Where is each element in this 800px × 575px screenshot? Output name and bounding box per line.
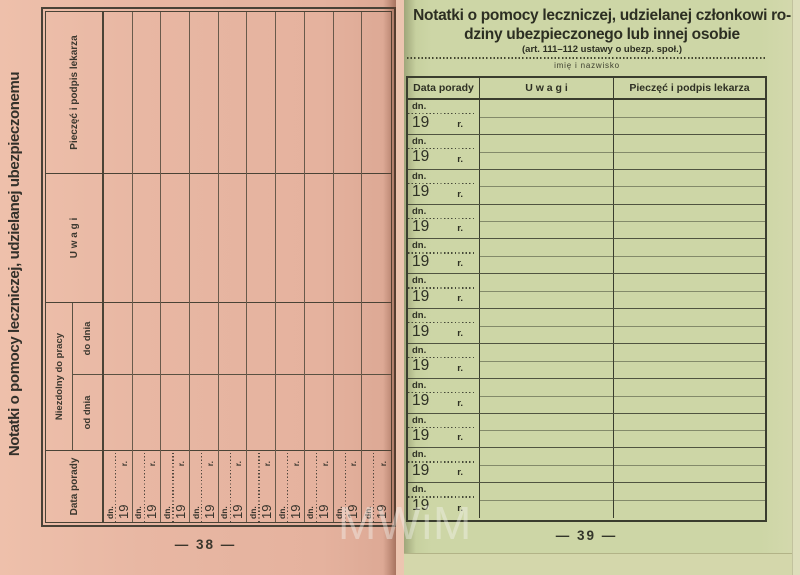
r-label: r. — [320, 461, 330, 466]
pieczec-cell — [276, 12, 304, 173]
table-row: dn. 19 r. — [408, 274, 765, 309]
left-table-header: Data porady Niezdolny do pracy od dnia d… — [46, 12, 104, 522]
table-row: dn. 19 r. — [133, 12, 162, 522]
date-cell: dn. 19 r. — [247, 450, 275, 522]
date-cell: dn. 19 r. — [408, 205, 480, 239]
od-dnia-cell — [334, 374, 362, 450]
r-label: r. — [262, 461, 272, 466]
left-page-title: Notatki o pomocy leczniczej, udzielanej … — [6, 8, 23, 520]
date-cell: dn. 19 r. — [408, 414, 480, 448]
right-table: Data porady U w a g i Pieczęć i podpis l… — [406, 76, 767, 522]
table-row: dn. 19 r. — [408, 414, 765, 449]
do-dnia-cell — [190, 302, 218, 374]
pieczec-cell — [305, 12, 333, 173]
year-label: 19 — [173, 505, 188, 519]
table-row: dn. 19 r. — [219, 12, 248, 522]
pieczec-cell — [247, 12, 275, 173]
table-row: dn. 19 r. — [408, 309, 765, 344]
date-cell: dn. 19 r. — [276, 450, 304, 522]
od-dnia-cell — [133, 374, 161, 450]
year-label: 19 — [412, 323, 429, 341]
year-label: 19 — [412, 357, 429, 375]
do-dnia-cell — [305, 302, 333, 374]
year-label: 19 — [144, 505, 159, 519]
year-label: 19 — [412, 462, 429, 480]
right-title-line3: (art. 111–112 ustawy o ubezp. społ.) — [404, 44, 800, 56]
od-dnia-cell — [247, 374, 275, 450]
pieczec-cell — [334, 12, 362, 173]
do-dnia-cell — [276, 302, 304, 374]
left-table-rows: dn. 19 r. dn. 19 r. dn. 19 r. — [104, 12, 391, 522]
uwagi-cell — [190, 173, 218, 302]
dn-label: dn. — [412, 275, 426, 286]
right-page: Notatki o pomocy leczniczej, udzielanej … — [404, 0, 800, 575]
dn-label: dn. — [412, 240, 426, 251]
dn-label: dn. — [412, 345, 426, 356]
table-row: dn. 19 r. — [408, 344, 765, 379]
name-field-label: imię i nazwisko — [407, 61, 767, 70]
date-cell: dn. 19 r. — [408, 379, 480, 413]
left-page: Notatki o pomocy leczniczej, udzielanej … — [0, 0, 402, 575]
left-table: Data porady Niezdolny do pracy od dnia d… — [45, 11, 392, 523]
r-label: r. — [457, 398, 463, 409]
year-label: 19 — [412, 288, 429, 306]
dn-label: dn. — [412, 484, 426, 495]
header-do-dnia: do dnia — [73, 303, 102, 374]
year-label: 19 — [230, 505, 245, 519]
right-title-line1: Notatki o pomocy leczniczej, udzielanej … — [404, 6, 800, 25]
dn-label: dn. — [412, 310, 426, 321]
uwagi-cell — [219, 173, 247, 302]
r-label: r. — [147, 461, 157, 466]
do-dnia-cell — [247, 302, 275, 374]
table-row: dn. 19 r. — [408, 239, 765, 274]
do-dnia-cell — [334, 302, 362, 374]
date-cell: dn. 19 r. — [334, 450, 362, 522]
date-cell: dn. 19 r. — [219, 450, 247, 522]
year-label: 19 — [412, 114, 429, 132]
date-cell: dn. 19 r. — [408, 309, 480, 343]
uwagi-cell — [247, 173, 275, 302]
header-niezdolny-do-pracy: Niezdolny do pracy — [46, 303, 73, 450]
table-row: dn. 19 r. — [247, 12, 276, 522]
left-rotated-content: Notatki o pomocy leczniczej, udzielanej … — [0, 0, 396, 575]
header-uwagi: U w a g i — [480, 78, 614, 98]
row-mid-line — [480, 152, 765, 153]
date-cell: dn. 19 r. — [161, 450, 189, 522]
year-label: 19 — [412, 427, 429, 445]
year-label: 19 — [412, 497, 429, 515]
od-dnia-cell — [305, 374, 333, 450]
row-mid-line — [480, 221, 765, 222]
uwagi-cell — [305, 173, 333, 302]
row-mid-line — [480, 500, 765, 501]
dn-label: dn. — [105, 506, 115, 519]
dn-label: dn. — [412, 449, 426, 460]
dn-label: dn. — [412, 171, 426, 182]
dn-label: dn. — [412, 101, 426, 112]
dn-label: dn. — [412, 136, 426, 147]
pieczec-cell — [190, 12, 218, 173]
year-label: 19 — [345, 505, 360, 519]
table-row: dn. 19 r. — [408, 170, 765, 205]
uwagi-cell — [161, 173, 189, 302]
r-label: r. — [457, 154, 463, 165]
r-label: r. — [291, 461, 301, 466]
scanned-booklet-spread: Notatki o pomocy leczniczej, udzielanej … — [0, 0, 800, 575]
dn-label: dn. — [248, 506, 258, 519]
od-dnia-cell — [219, 374, 247, 450]
r-label: r. — [205, 461, 215, 466]
date-cell: dn. 19 r. — [190, 450, 218, 522]
right-page-number: — 39 — — [544, 528, 629, 543]
dn-label: dn. — [363, 506, 373, 519]
table-row: dn. 19 r. — [190, 12, 219, 522]
year-label: 19 — [412, 183, 429, 201]
r-label: r. — [457, 363, 463, 374]
date-cell: dn. 19 r. — [133, 450, 161, 522]
row-mid-line — [480, 291, 765, 292]
row-mid-line — [480, 117, 765, 118]
table-row: dn. 19 r. — [408, 483, 765, 518]
year-label: 19 — [202, 505, 217, 519]
row-mid-line — [480, 256, 765, 257]
row-mid-line — [480, 430, 765, 431]
table-row: dn. 19 r. — [276, 12, 305, 522]
date-cell: dn. 19 r. — [408, 100, 480, 134]
header-data-porady: Data porady — [408, 78, 480, 98]
pieczec-cell — [133, 12, 161, 173]
page-bottom-edge — [404, 553, 800, 575]
row-mid-line — [480, 326, 765, 327]
r-label: r. — [457, 328, 463, 339]
do-dnia-cell — [161, 302, 189, 374]
od-dnia-cell — [104, 374, 132, 450]
right-title-line2: dziny ubezpieczonego lub innej osobie — [404, 25, 800, 44]
year-label: 19 — [412, 218, 429, 236]
date-cell: dn. 19 r. — [408, 448, 480, 482]
table-row: dn. 19 r. — [408, 379, 765, 414]
row-mid-line — [480, 465, 765, 466]
table-row: dn. 19 r. — [408, 448, 765, 483]
r-label: r. — [457, 189, 463, 200]
header-pieczec: Pieczęć i podpis lekarza — [614, 78, 765, 98]
date-cell: dn. 19 r. — [408, 239, 480, 273]
r-label: r. — [457, 503, 463, 514]
header-data-porady: Data porady — [46, 450, 102, 522]
dn-label: dn. — [305, 506, 315, 519]
date-cell: dn. 19 r. — [408, 135, 480, 169]
do-dnia-cell — [133, 302, 161, 374]
r-label: r. — [457, 258, 463, 269]
gutter-shadow — [383, 0, 396, 575]
r-label: r. — [457, 293, 463, 304]
uwagi-cell — [334, 173, 362, 302]
r-label: r. — [457, 119, 463, 130]
r-label: r. — [233, 461, 243, 466]
date-cell: dn. 19 r. — [408, 170, 480, 204]
r-label: r. — [119, 461, 129, 466]
year-label: 19 — [412, 253, 429, 271]
year-label: 19 — [412, 392, 429, 410]
dn-label: dn. — [133, 506, 143, 519]
r-label: r. — [348, 461, 358, 466]
year-label: 19 — [316, 505, 331, 519]
od-dnia-cell — [276, 374, 304, 450]
r-label: r. — [176, 461, 186, 466]
do-dnia-cell — [219, 302, 247, 374]
pieczec-cell — [104, 12, 132, 173]
date-cell: dn. 19 r. — [104, 450, 132, 522]
uwagi-cell — [276, 173, 304, 302]
dn-label: dn. — [219, 506, 229, 519]
header-group-niezdolny: Niezdolny do pracy od dnia do dnia — [46, 302, 102, 450]
year-label: 19 — [412, 148, 429, 166]
pieczec-cell — [219, 12, 247, 173]
row-mid-line — [480, 396, 765, 397]
dn-label: dn. — [162, 506, 172, 519]
date-cell: dn. 19 r. — [408, 274, 480, 308]
table-row: dn. 19 r. — [408, 205, 765, 240]
row-mid-line — [480, 361, 765, 362]
od-dnia-cell — [190, 374, 218, 450]
table-row: dn. 19 r. — [408, 135, 765, 170]
table-row: dn. 19 r. — [305, 12, 334, 522]
table-row: dn. 19 r. — [104, 12, 133, 522]
page-right-edge — [792, 0, 800, 575]
od-dnia-cell — [161, 374, 189, 450]
pieczec-cell — [161, 12, 189, 173]
header-pieczec: Pieczęć i podpis lekarza — [46, 12, 102, 173]
dn-label: dn. — [412, 380, 426, 391]
date-cell: dn. 19 r. — [305, 450, 333, 522]
date-cell: dn. 19 r. — [408, 344, 480, 378]
dn-label: dn. — [277, 506, 287, 519]
dn-label: dn. — [334, 506, 344, 519]
date-cell: dn. 19 r. — [408, 483, 480, 518]
table-row: dn. 19 r. — [161, 12, 190, 522]
dn-label: dn. — [412, 415, 426, 426]
year-label: 19 — [288, 505, 303, 519]
gutter-highlight — [396, 0, 404, 575]
year-label: 19 — [259, 505, 274, 519]
table-row: dn. 19 r. — [408, 100, 765, 135]
right-table-rows: dn. 19 r. dn. 19 r. dn. 19 r. — [408, 100, 765, 518]
do-dnia-cell — [104, 302, 132, 374]
header-niezdolny-subrow: od dnia do dnia — [73, 303, 102, 450]
header-uwagi: U w a g i — [46, 173, 102, 302]
row-mid-line — [480, 186, 765, 187]
table-row: dn. 19 r. — [334, 12, 363, 522]
dn-label: dn. — [191, 506, 201, 519]
name-dotted-line — [407, 57, 767, 59]
dn-label: dn. — [412, 206, 426, 217]
r-label: r. — [457, 432, 463, 443]
year-label: 19 — [116, 505, 131, 519]
uwagi-cell — [133, 173, 161, 302]
header-od-dnia: od dnia — [73, 374, 102, 450]
right-table-header: Data porady U w a g i Pieczęć i podpis l… — [408, 78, 765, 100]
left-page-number: — 38 — — [158, 537, 253, 552]
r-label: r. — [457, 223, 463, 234]
uwagi-cell — [104, 173, 132, 302]
r-label: r. — [457, 467, 463, 478]
